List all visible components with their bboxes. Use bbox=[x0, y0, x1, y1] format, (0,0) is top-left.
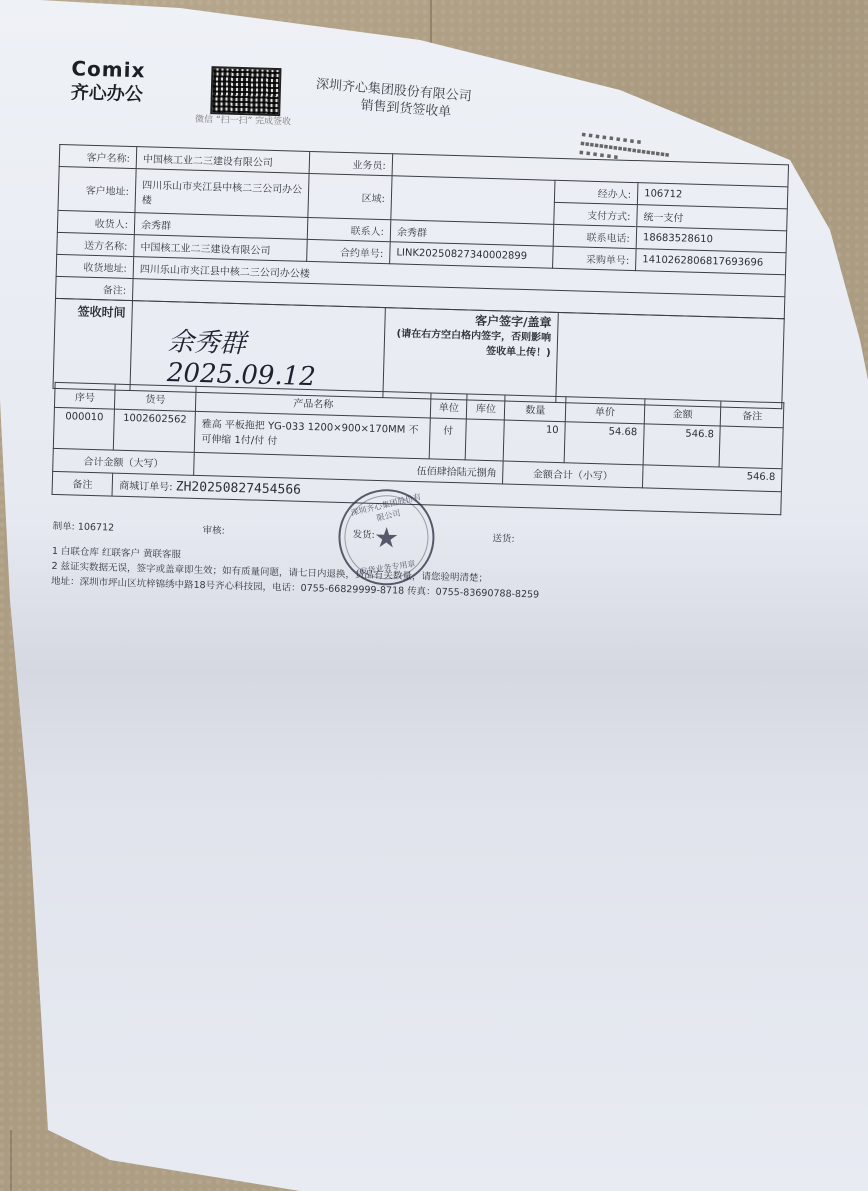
logo-cn: 齐心办公 bbox=[70, 78, 145, 106]
delivery-receipt-paper: Comix 齐心办公 微信 “扫一扫” 完成签收 深圳齐心集团股份有限公司 销售… bbox=[0, 0, 868, 1191]
contact-label: 联系人: bbox=[307, 217, 391, 241]
maker-label: 制单: bbox=[52, 518, 75, 533]
floor-tile-seam bbox=[10, 1130, 12, 1191]
row-location bbox=[465, 419, 504, 461]
delivery-label: 送货: bbox=[492, 530, 515, 545]
row-qty: 10 bbox=[504, 420, 566, 463]
customer-sign-label: 客户签字/盖章 (请在右方空白格内签字，否则影响签收单上传！) bbox=[383, 308, 558, 403]
row-sku: 1002602562 bbox=[114, 409, 196, 452]
review-label: 审核: bbox=[202, 522, 352, 540]
mall-order-label: 商城订单号: bbox=[119, 481, 173, 493]
region-label: 区域: bbox=[308, 173, 392, 219]
row-amount: 546.8 bbox=[643, 424, 721, 467]
customer-sign-field[interactable] bbox=[556, 312, 784, 408]
payment-label: 支付方式: bbox=[554, 202, 638, 226]
purchase-label: 采购单号: bbox=[553, 246, 637, 270]
row-seq: 000010 bbox=[53, 407, 115, 450]
customer-address-value: 四川乐山市夹江县中核二三公司办公楼 bbox=[135, 169, 309, 218]
row-unit: 付 bbox=[429, 418, 466, 460]
col-unit: 单位 bbox=[430, 393, 467, 419]
row-product-name: 雅高 平板拖把 YG-033 1200×900×170MM 不可伸缩 1付/付 … bbox=[194, 411, 430, 459]
contract-label: 合约单号: bbox=[307, 239, 391, 263]
row-note bbox=[720, 426, 784, 469]
col-note: 备注 bbox=[721, 401, 784, 428]
handwritten-signature: 余秀群 2025.09.12 bbox=[137, 304, 379, 394]
col-qty: 数量 bbox=[505, 395, 566, 422]
salesperson-label: 业务员: bbox=[309, 151, 393, 175]
col-location: 库位 bbox=[467, 394, 506, 420]
mall-order-value: ZH20250827454566 bbox=[176, 479, 302, 497]
sign-time-field[interactable]: 余秀群 2025.09.12 bbox=[130, 301, 385, 398]
col-amount: 金额 bbox=[644, 399, 721, 426]
customer-name-label: 客户名称: bbox=[59, 144, 137, 168]
customer-address-label: 客户地址: bbox=[58, 166, 136, 212]
phone-label: 联系电话: bbox=[553, 224, 637, 248]
region-value bbox=[391, 176, 555, 225]
col-price: 单价 bbox=[565, 397, 644, 424]
comix-logo: Comix 齐心办公 bbox=[70, 56, 145, 106]
customer-info-table: 客户名称: 中国核工业二三建设有限公司 业务员: 客户地址: 四川乐山市夹江县中… bbox=[55, 144, 789, 319]
remark-label: 备注: bbox=[56, 276, 134, 300]
sender-label: 送方名称: bbox=[57, 232, 135, 256]
items-remark-label: 备注 bbox=[52, 471, 113, 496]
col-sku: 货号 bbox=[115, 384, 196, 411]
row-price: 54.68 bbox=[564, 422, 644, 465]
col-seq: 序号 bbox=[54, 382, 115, 409]
sign-time-label: 签收时间 bbox=[53, 298, 132, 390]
qr-code-icon[interactable] bbox=[210, 66, 281, 116]
delivery-address-label: 收货地址: bbox=[56, 254, 134, 278]
customer-sign-note: (请在右方空白格内签字，否则影响签收单上传！) bbox=[391, 326, 552, 360]
qr-caption: 微信 “扫一扫” 完成签收 bbox=[188, 114, 298, 130]
receiver-label: 收货人: bbox=[57, 210, 135, 234]
maker-value: 106712 bbox=[78, 522, 115, 534]
handler-label: 经办人: bbox=[554, 180, 638, 204]
receipt-document: Comix 齐心办公 微信 “扫一扫” 完成签收 深圳齐心集团股份有限公司 销售… bbox=[62, 48, 802, 69]
